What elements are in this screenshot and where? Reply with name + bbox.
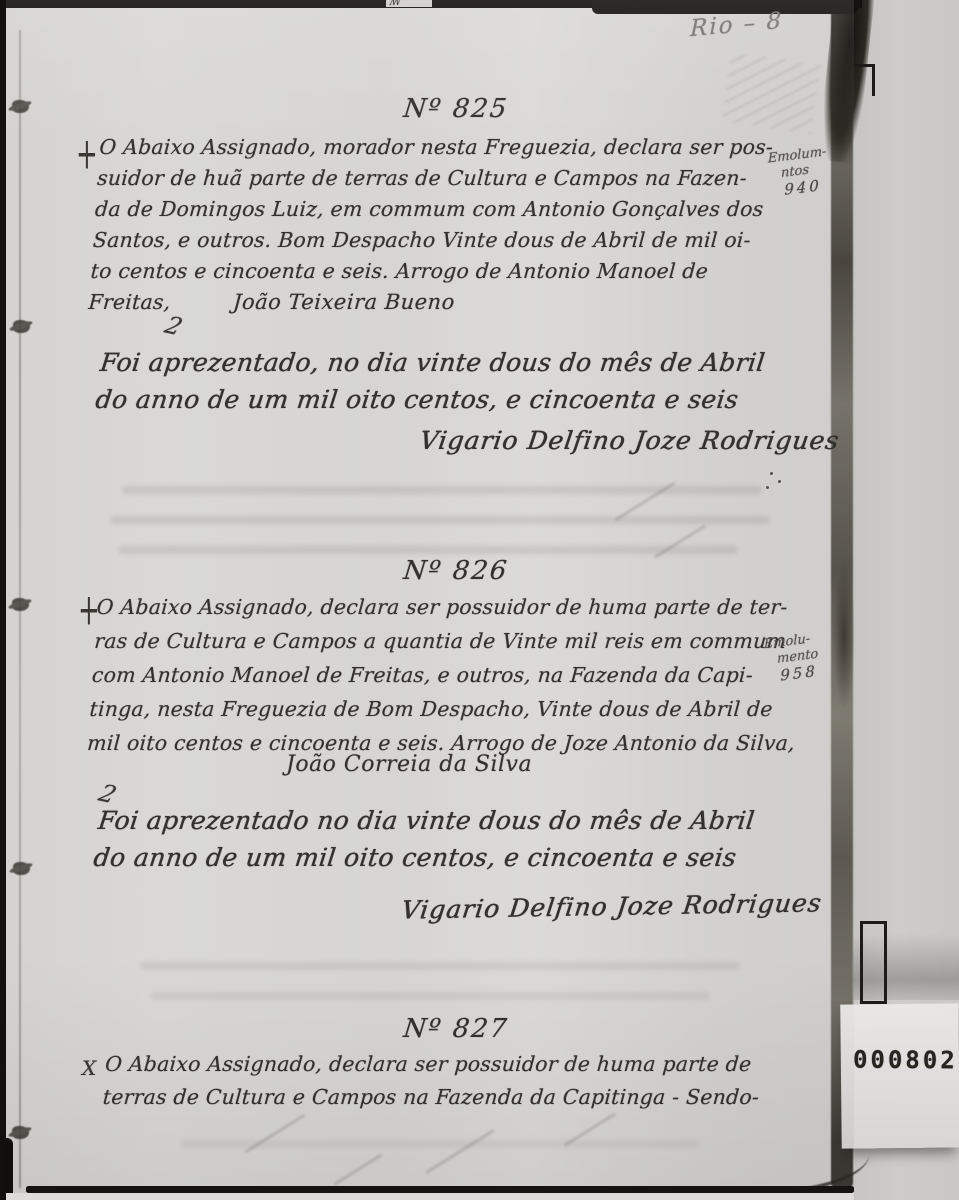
entry-body-line: da de Domingos Luiz, em commum com Anton… [94, 194, 826, 225]
stamp-number: 000802 [853, 1046, 953, 1075]
entry-body-line: O Abaixo Assignado, declara ser possuido… [104, 1048, 836, 1081]
entry-body-line: ras de Cultura e Campos a quantia de Vin… [93, 624, 825, 658]
entry-number-heading: Nº 825 [304, 94, 607, 124]
entry-body-line: Santos, e outros. Bom Despacho Vinte dou… [92, 225, 824, 256]
entry-body-line: O Abaixo Assignado, declara ser possuido… [96, 590, 828, 624]
binding-stitch [12, 100, 29, 113]
scan-border-bottom [26, 1186, 854, 1193]
witness-signature: João Teixeira Bueno [232, 290, 455, 314]
registration-bracket-mark [846, 64, 875, 67]
margin-fee-note: Emolum- ntos 940 [768, 144, 827, 199]
fee-amount: 958 [780, 663, 818, 684]
entry-body-line: tinga, nesta Freguezia de Bom Despacho, … [88, 692, 820, 726]
entry-number-heading: Nº 827 [304, 1014, 607, 1044]
entry-body-line: suidor de huã parte de terras de Cultura… [96, 163, 828, 194]
bleed-through-line [140, 962, 740, 970]
registration-rectangle-mark [860, 921, 887, 1004]
entry-margin-mark: X [82, 1056, 96, 1080]
bleed-through-line [150, 992, 710, 1000]
entry-body-line: terras de Cultura e Campos na Fazenda da… [102, 1081, 834, 1114]
presentation-line: do anno de um mil oito centos, e cincoen… [93, 381, 808, 418]
ink-speck [766, 486, 769, 489]
official-signature: Vigario Delfino Joze Rodrigues [418, 426, 841, 455]
bleed-through-line [118, 546, 738, 554]
entry-body: O Abaixo Assignado, declara ser possuido… [86, 590, 828, 760]
ink-speck [770, 472, 773, 475]
torn-edge-smudge [833, 560, 855, 710]
presentation-note: Foi aprezentado no dia vinte dous do mês… [91, 802, 810, 876]
pencil-smudge [722, 52, 821, 134]
entry-body-line: com Antonio Manoel de Freitas, e outros,… [91, 658, 823, 692]
binding-stitch [13, 862, 30, 875]
bleed-through-line [110, 516, 770, 524]
entry-number-heading: Nº 826 [304, 556, 607, 586]
margin-fee-note: Emolu- mento 958 [764, 631, 819, 686]
entry-margin-mark: + [76, 130, 98, 181]
presentation-line: do anno de um mil oito centos, e cincoen… [91, 839, 806, 876]
entry-body: O Abaixo Assignado, morador nesta Fregue… [87, 132, 830, 318]
bleed-through-line [180, 1140, 700, 1148]
top-edge-fragment: ꟿ [390, 0, 402, 8]
page-bottom-margin [6, 1193, 854, 1200]
witness-signature: João Correia da Silva [286, 752, 532, 777]
scan-border-corner [0, 1138, 13, 1200]
entry-body-line: to centos e cincoenta e seis. Arrogo de … [90, 256, 822, 287]
stamp-slip [840, 1003, 959, 1148]
entry-body: O Abaixo Assignado, declara ser possuido… [102, 1048, 837, 1114]
entry-body-line: O Abaixo Assignado, morador nesta Fregue… [98, 132, 830, 163]
ink-speck [778, 480, 781, 483]
binding-stitch [12, 598, 29, 611]
registration-bracket-mark [872, 64, 875, 96]
presentation-line: Foi aprezentado no dia vinte dous do mês… [96, 802, 811, 839]
entry-body-line-fragment: Freitas, [88, 290, 171, 314]
scan-border-left [0, 0, 6, 1200]
presentation-note: Foi aprezentado, no dia vinte dous do mê… [93, 344, 812, 418]
presentation-line: Foi aprezentado, no dia vinte dous do mê… [98, 344, 813, 381]
scanned-register-page: ꟿ Rio – 8 Nº 825 + O Abaixo Assignado, m… [0, 0, 959, 1200]
binding-stitch [12, 1126, 29, 1139]
binding-stitch [13, 320, 30, 333]
entry-body-line: Freitas, João Teixeira Bueno [87, 287, 819, 318]
